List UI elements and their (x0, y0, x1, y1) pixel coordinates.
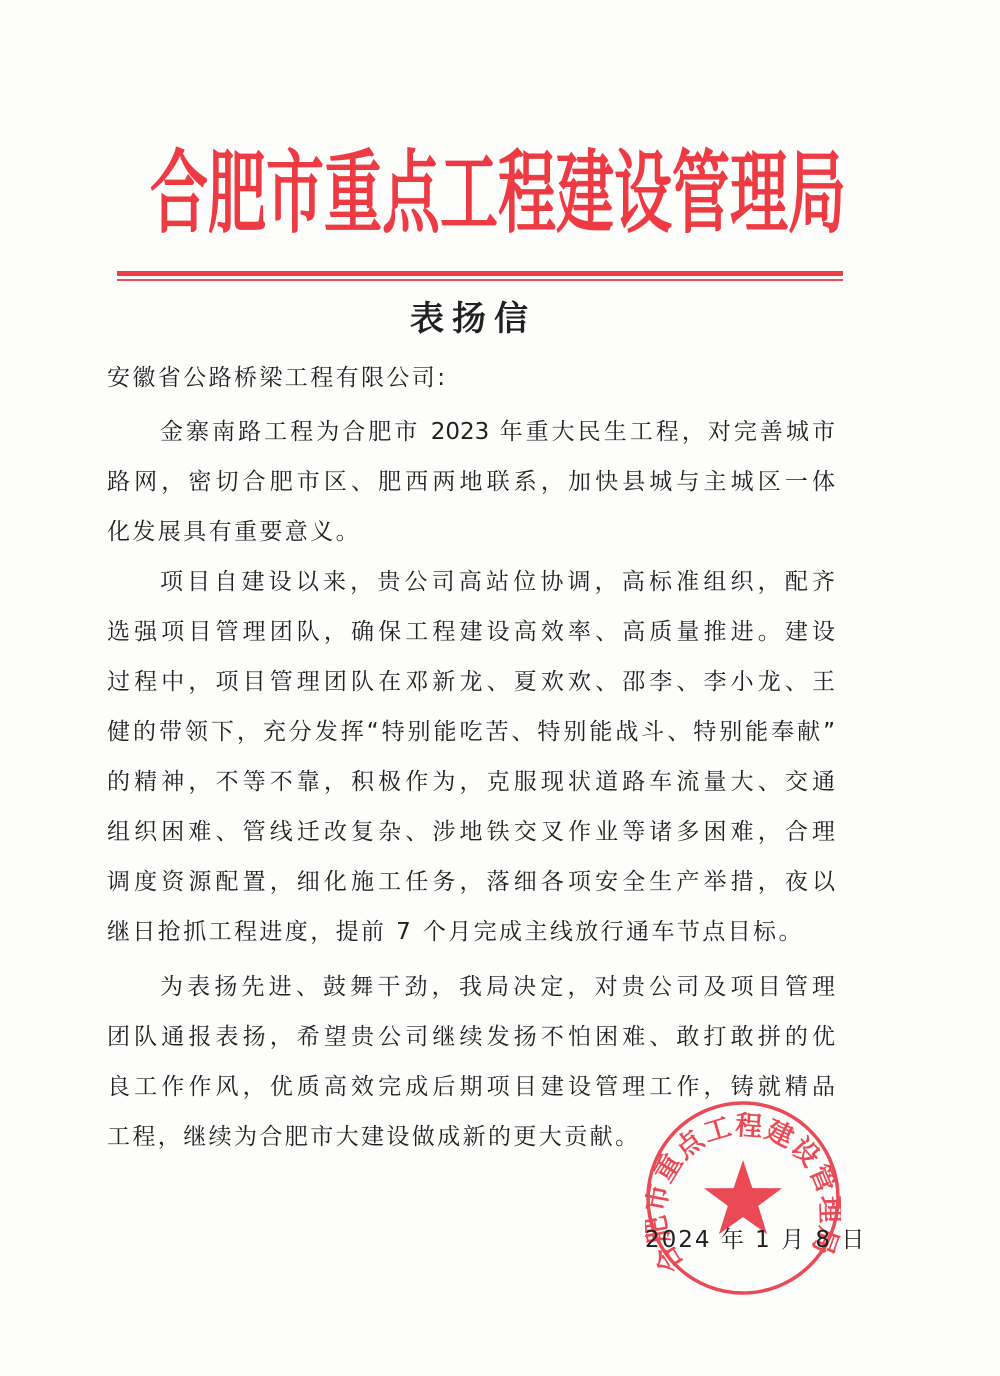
paragraph-1-line: 金寨南路工程为合肥市 2023 年重大民生工程，对完善城市 (160, 417, 835, 447)
paragraph-2-line: 组织困难、管线迁改复杂、涉地铁交叉作业等诸多困难，合理 (107, 817, 835, 847)
paragraph-2-line: 调度资源配置，细化施工任务，落细各项安全生产举措，夜以 (107, 867, 835, 897)
paragraph-2-line: 的精神，不等不靠，积极作为，克服现状道路车流量大、交通 (107, 767, 835, 797)
paragraph-3-line: 良工作作风，优质高效完成后期项目建设管理工作，铸就精品 (107, 1072, 835, 1102)
letterhead-organization: 合肥市重点工程建设管理局 (150, 108, 814, 279)
salutation: 安徽省公路桥梁工程有限公司: (107, 363, 447, 393)
paragraph-2-line: 健的带领下，充分发挥“特别能吃苦、特别能战斗、特别能奉献” (107, 717, 835, 747)
document-date: 2024 年 1 月 8 日 (645, 1225, 866, 1255)
paragraph-2-line: 项目自建设以来，贵公司高站位协调，高标准组织，配齐 (160, 567, 835, 597)
paragraph-2-line: 继日抢抓工程进度，提前 7 个月完成主线放行通车节点目标。 (107, 917, 804, 947)
paragraph-3-line: 团队通报表扬，希望贵公司继续发扬不怕困难、敢打敢拼的优 (107, 1022, 835, 1052)
letterhead: 合肥市重点工程建设管理局 (150, 138, 814, 248)
paragraph-2-line: 选强项目管理团队，确保工程建设高效率、高质量推进。建设 (107, 617, 835, 647)
document-page: 合肥市重点工程建设管理局 表扬信 安徽省公路桥梁工程有限公司: 金寨南路工程为合… (0, 0, 1000, 1376)
star-icon (704, 1160, 782, 1234)
official-seal: 合肥市重点工程建设管理局 (645, 1100, 841, 1296)
document-title: 表扬信 (0, 297, 946, 341)
paragraph-1-line: 化发展具有重要意义。 (107, 517, 361, 547)
paragraph-3-line: 工程，继续为合肥市大建设做成新的更大贡献。 (107, 1122, 640, 1152)
paragraph-3-line: 为表扬先进、鼓舞干劲，我局决定，对贵公司及项目管理 (160, 972, 835, 1002)
letterhead-rule-thick (117, 271, 843, 276)
paragraph-2-line: 过程中，项目管理团队在邓新龙、夏欢欢、邵李、李小龙、王 (107, 667, 835, 697)
letterhead-rule-thin (117, 279, 843, 281)
paragraph-1-line: 路网，密切合肥市区、肥西两地联系，加快县城与主城区一体 (107, 467, 835, 497)
